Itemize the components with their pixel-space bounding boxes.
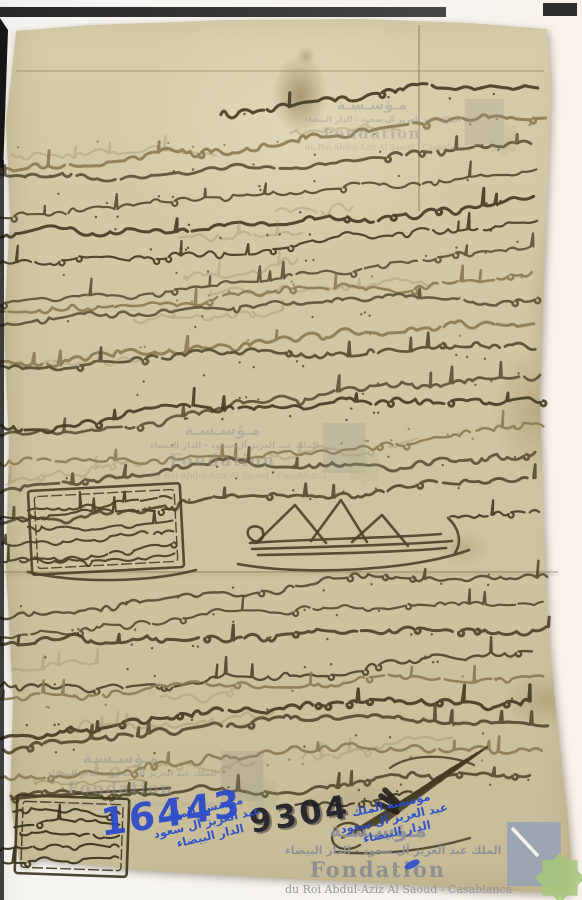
scan-edge-artifact	[0, 7, 446, 17]
ink-stroke	[95, 199, 509, 231]
ink-stroke	[62, 777, 136, 790]
ink-stroke	[142, 354, 486, 383]
ink-stroke	[269, 438, 417, 459]
ink-stroke	[13, 649, 98, 671]
scan-edge-artifact	[543, 3, 577, 16]
ink-stroke	[17, 118, 531, 149]
ink-stroke	[0, 115, 546, 173]
ink-stroke	[171, 427, 516, 446]
seal-script	[20, 552, 175, 570]
ink-stroke	[448, 518, 459, 553]
ink-stroke	[0, 233, 533, 312]
ink-stroke	[221, 84, 538, 118]
ink-stroke	[0, 321, 534, 369]
ink-stroke	[71, 609, 380, 632]
ink-stroke	[256, 505, 326, 543]
ink-stroke	[0, 134, 531, 184]
seal-script	[2, 525, 174, 548]
ink-stroke	[243, 87, 495, 116]
notary-seal	[0, 483, 184, 577]
ink-stroke	[144, 487, 460, 510]
seal-script	[0, 840, 119, 857]
ink-stroke	[12, 136, 216, 160]
ink-stroke	[0, 162, 536, 222]
ink-stroke	[0, 333, 535, 371]
scan-edge-artifact	[0, 160, 4, 900]
handwriting-ink-layer	[0, 0, 582, 900]
ink-stroke	[493, 513, 495, 515]
ink-stroke	[0, 362, 540, 440]
ink-stroke	[0, 388, 546, 433]
ink-stroke	[250, 534, 441, 543]
ink-stroke	[57, 175, 469, 205]
ink-stroke	[450, 500, 539, 518]
ink-stroke	[290, 125, 399, 135]
scanned-document: مـؤسـسـةالملك عبد العزيز آل سعود - الدار…	[0, 0, 582, 900]
ink-stroke	[248, 526, 264, 541]
ink-stroke	[275, 204, 352, 216]
